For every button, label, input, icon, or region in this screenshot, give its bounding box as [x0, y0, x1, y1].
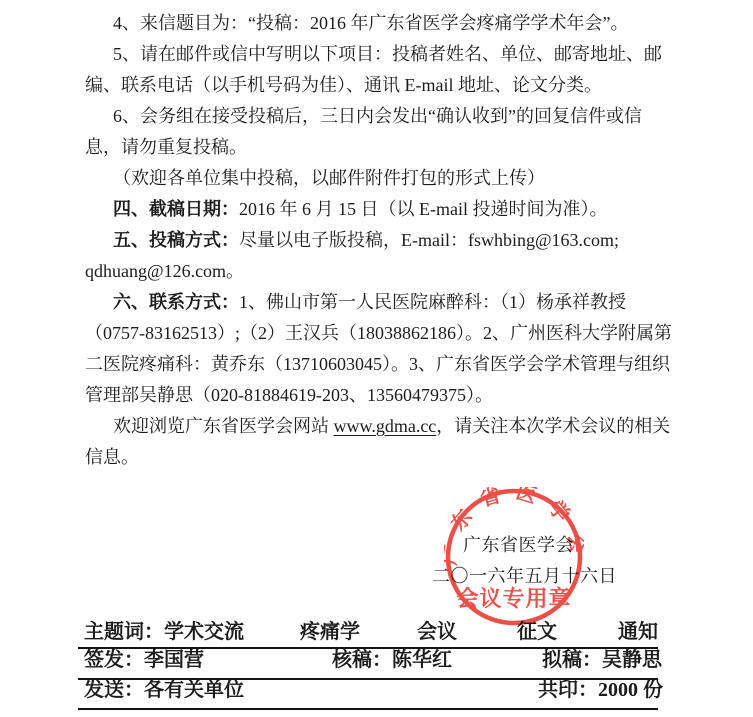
text-run: 五、投稿方式： — [113, 230, 239, 250]
keywords-label: 主题词：学术交流 — [84, 620, 244, 645]
text-run: 尽量以电子版投稿，E-mail：fswhbing@163.com; — [239, 230, 619, 250]
doc-line: 息，请勿重复投稿。 — [85, 132, 685, 163]
doc-line: 6、会务组在接受投稿后，三日内会发出“确认收到”的回复信件或信 — [85, 101, 685, 132]
issuer-field: 签发：李国营 — [84, 644, 204, 676]
keyword-pain: 疼痛学 — [300, 620, 360, 645]
doc-line: 四、截稿日期：2016 年 6 月 15 日（以 E-mail 投递时间为准）。 — [85, 194, 685, 225]
doc-line: 编、联系电话（以手机号码为佳）、通讯 E-mail 地址、论文分类。 — [85, 70, 685, 101]
text-run: 5、请在邮件或信中写明以下项目：投稿者姓名、单位、邮寄地址、邮 — [113, 44, 662, 64]
document-body: 4、来信题目为：“投稿：2016 年广东省医学会疼痛学学术年会”。5、请在邮件或… — [85, 8, 685, 473]
text-run: 信息。 — [85, 447, 139, 467]
text-run: 欢迎浏览广东省医学会网站 — [113, 416, 334, 436]
text-run: （欢迎各单位集中投稿，以邮件附件打包的形式上传） — [113, 168, 545, 188]
document-page: 4、来信题目为：“投稿：2016 年广东省医学会疼痛学学术年会”。5、请在邮件或… — [0, 0, 753, 717]
reviewer-field: 核稿：陈华红 — [332, 644, 452, 676]
svg-text:广东省医学会: 广东省医学会 — [444, 487, 584, 567]
text-run: ，请关注本次学术会议的相关 — [436, 416, 670, 436]
doc-line: 欢迎浏览广东省医学会网站 www.gdma.cc，请关注本次学术会议的相关 — [85, 411, 685, 442]
text-run: 二医院疼痛科：黄乔东（13710603045）。3、广东省医学会学术管理与组织 — [85, 354, 670, 374]
website-link[interactable]: www.gdma.cc — [334, 416, 437, 436]
text-run: 四、截稿日期： — [113, 199, 239, 219]
footer-row-distribution: 发送：各有关单位 共印：2000 份 — [78, 680, 658, 710]
text-run: 管理部吴静思（020-81884619-203、13560479375）。 — [85, 385, 493, 405]
doc-line: （欢迎各单位集中投稿，以邮件附件打包的形式上传） — [85, 163, 685, 194]
keyword-notice: 通知 — [618, 620, 658, 645]
doc-line: 二医院疼痛科：黄乔东（13710603045）。3、广东省医学会学术管理与组织 — [85, 349, 685, 380]
seal-bottom-text: 会议专用章 — [456, 586, 571, 611]
print-count-field: 共印：2000 份 — [538, 675, 663, 706]
doc-line: 管理部吴静思（020-81884619-203、13560479375）。 — [85, 380, 685, 411]
text-run: 2016 年 6 月 15 日（以 E-mail 投递时间为准）。 — [239, 199, 607, 219]
seal-arc-text: 广东省医学会 — [444, 487, 584, 567]
text-run: 1、佛山市第一人民医院麻醉科：（1）杨承祥教授 — [239, 292, 626, 312]
keyword-papers: 征文 — [517, 620, 557, 645]
text-run: qdhuang@126.com。 — [85, 261, 244, 281]
official-seal: 广东省医学会 会议专用章 — [444, 487, 584, 627]
send-to-field: 发送：各有关单位 — [84, 675, 244, 706]
keyword-meeting: 会议 — [417, 620, 457, 645]
text-run: （0757-83162513）;（2）王汉兵（18038862186）。2、广州… — [85, 323, 672, 343]
text-run: 编、联系电话（以手机号码为佳）、通讯 E-mail 地址、论文分类。 — [85, 75, 602, 95]
text-run: 6、会务组在接受投稿后，三日内会发出“确认收到”的回复信件或信 — [113, 106, 642, 126]
text-run: 息，请勿重复投稿。 — [85, 137, 247, 157]
drafter-field: 拟稿：吴静思 — [542, 644, 662, 676]
text-run: 4、来信题目为：“投稿：2016 年广东省医学会疼痛学学术年会”。 — [113, 13, 628, 33]
doc-line: 5、请在邮件或信中写明以下项目：投稿者姓名、单位、邮寄地址、邮 — [85, 39, 685, 70]
doc-line: qdhuang@126.com。 — [85, 256, 685, 287]
text-run: 六、联系方式： — [113, 292, 239, 312]
doc-line: 六、联系方式：1、佛山市第一人民医院麻醉科：（1）杨承祥教授 — [85, 287, 685, 318]
doc-line: 4、来信题目为：“投稿：2016 年广东省医学会疼痛学学术年会”。 — [85, 8, 685, 39]
doc-line: 五、投稿方式：尽量以电子版投稿，E-mail：fswhbing@163.com; — [85, 225, 685, 256]
doc-line: 信息。 — [85, 442, 685, 473]
doc-line: （0757-83162513）;（2）王汉兵（18038862186）。2、广州… — [85, 318, 685, 349]
